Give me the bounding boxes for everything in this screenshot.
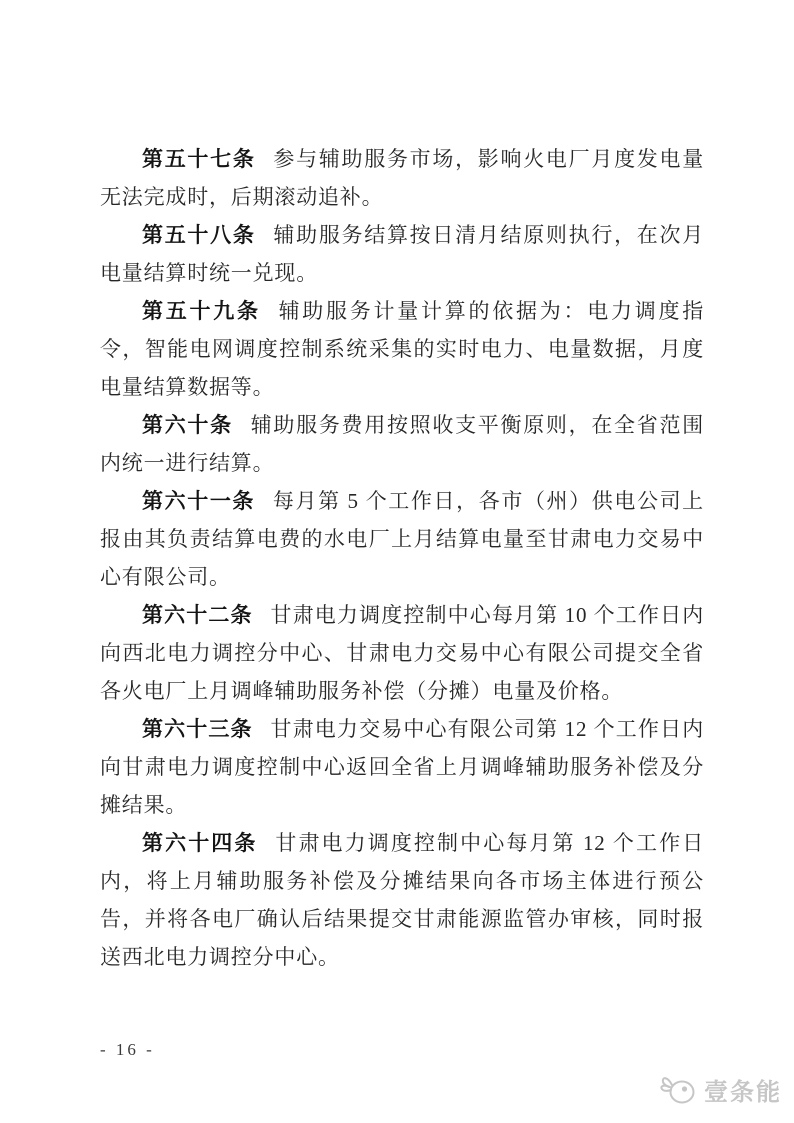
article-number: 第五十八条 — [142, 223, 256, 247]
article-paragraph: 第五十八条辅助服务结算按日清月结原则执行，在次月电量结算时统一兑现。 — [100, 216, 704, 292]
article-paragraph: 第六十四条甘肃电力调度控制中心每月第 12 个工作日内，将上月辅助服务补偿及分摊… — [100, 824, 704, 976]
article-paragraph: 第五十七条参与辅助服务市场，影响火电厂月度发电量无法完成时，后期滚动追补。 — [100, 140, 704, 216]
article-paragraph: 第六十一条每月第 5 个工作日，各市（州）供电公司上报由其负责结算电费的水电厂上… — [100, 482, 704, 596]
brand-name: 壹条能 — [704, 1072, 782, 1107]
article-paragraph: 第六十三条甘肃电力交易中心有限公司第 12 个工作日内向甘肃电力调度控制中心返回… — [100, 710, 704, 824]
brand-watermark: 壹条能 — [659, 1072, 782, 1107]
document-page: 第五十七条参与辅助服务市场，影响火电厂月度发电量无法完成时，后期滚动追补。 第五… — [0, 0, 794, 1123]
page-number: - 16 - — [100, 1040, 155, 1060]
article-number: 第五十九条 — [142, 299, 261, 323]
article-paragraph: 第六十条辅助服务费用按照收支平衡原则，在全省范围内统一进行结算。 — [100, 406, 704, 482]
article-paragraph: 第五十九条辅助服务计量计算的依据为：电力调度指令，智能电网调度控制系统采集的实时… — [100, 292, 704, 406]
article-number: 第六十一条 — [142, 489, 255, 513]
fish-icon — [659, 1073, 699, 1107]
article-number: 第六十二条 — [142, 603, 253, 627]
article-number: 第六十条 — [142, 413, 233, 437]
article-number: 第五十七条 — [142, 147, 256, 171]
article-paragraph: 第六十二条甘肃电力调度控制中心每月第 10 个工作日内向西北电力调控分中心、甘肃… — [100, 596, 704, 710]
article-number: 第六十四条 — [142, 831, 258, 855]
article-number: 第六十三条 — [142, 717, 253, 741]
document-text-block: 第五十七条参与辅助服务市场，影响火电厂月度发电量无法完成时，后期滚动追补。 第五… — [100, 140, 704, 976]
